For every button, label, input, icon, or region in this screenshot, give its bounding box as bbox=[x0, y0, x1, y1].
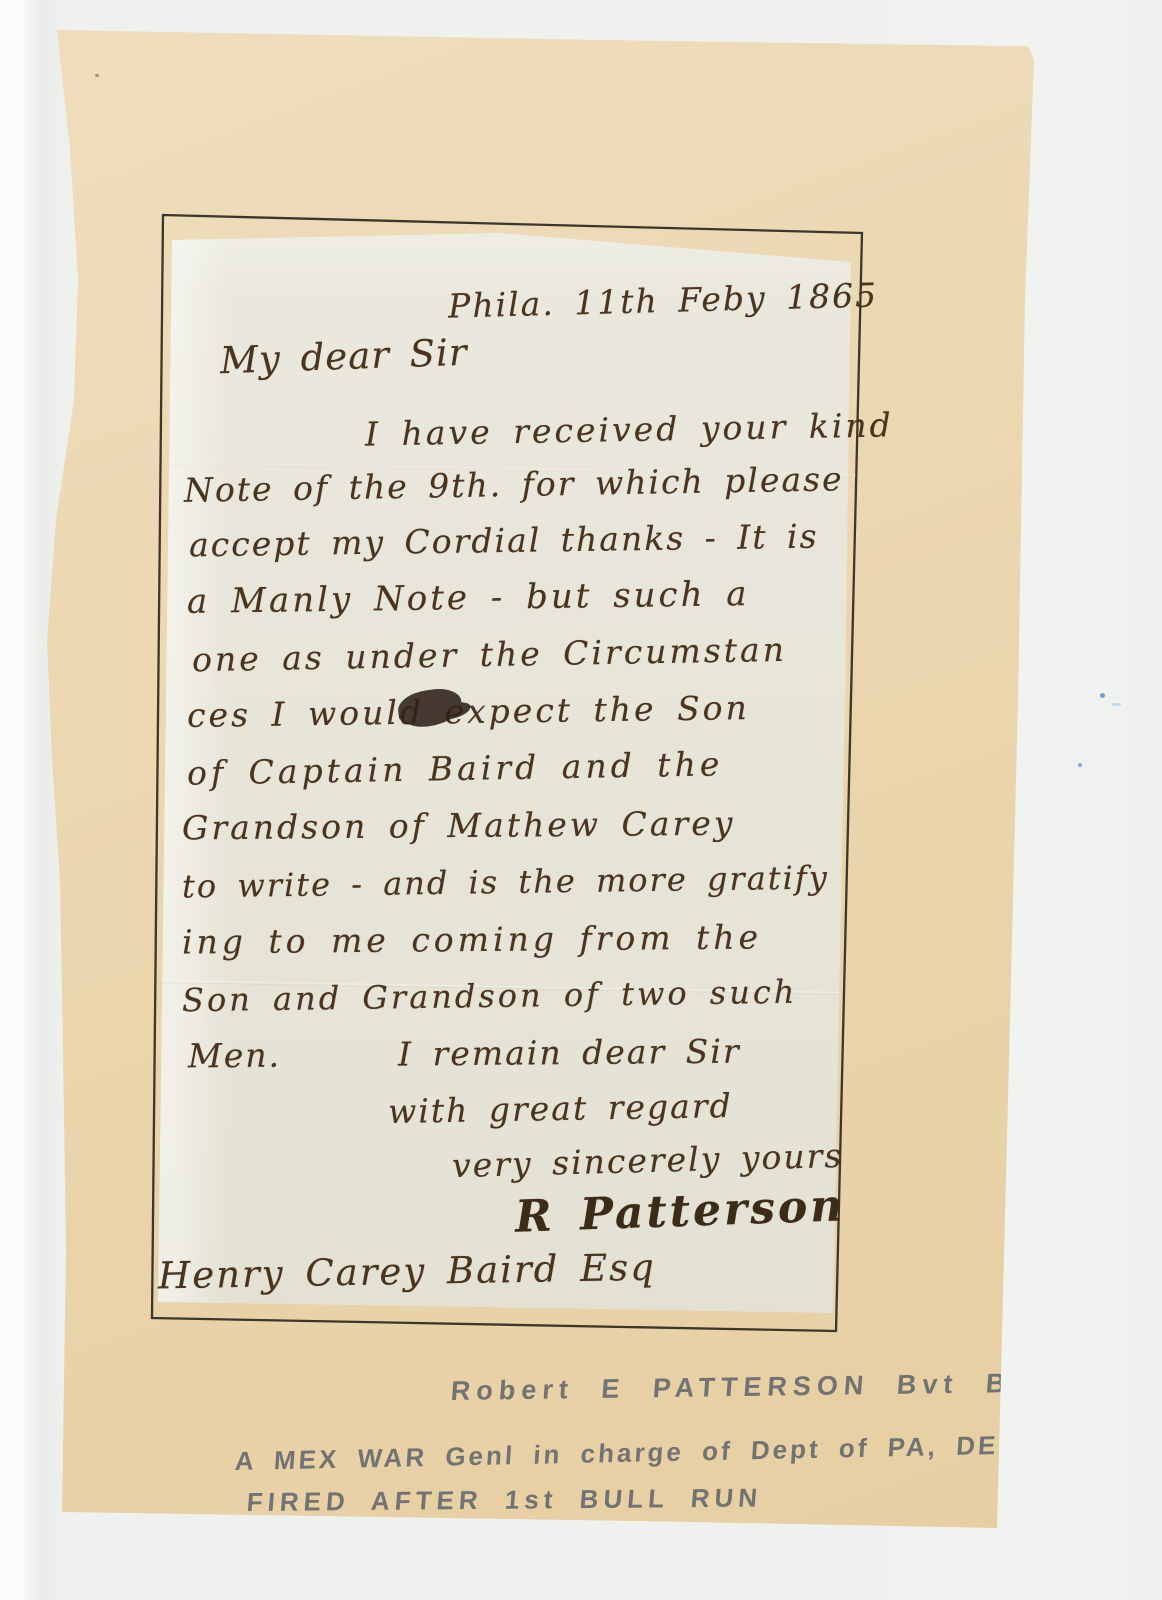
letter-line: ces I would expect the Son bbox=[187, 688, 750, 735]
blue-speck bbox=[1078, 763, 1082, 767]
letter-line: a Manly Note - but such a bbox=[187, 574, 750, 622]
letter-addressee: Henry Carey Baird Esq bbox=[158, 1246, 657, 1298]
pencil-annotation-line: FIRED AFTER 1st BULL RUN bbox=[246, 1483, 764, 1519]
album-page: Phila. 11th Feby 1865 My dear Sir I have… bbox=[0, 0, 1162, 1600]
letter-closing-regard: with great regard bbox=[388, 1086, 733, 1131]
paper-speck bbox=[95, 74, 99, 77]
blue-speck bbox=[1112, 703, 1121, 706]
letter-line: Men. I remain dear Sir bbox=[188, 1032, 741, 1076]
letter-line: Grandson of Mathew Carey bbox=[182, 804, 736, 848]
blue-speck bbox=[1100, 693, 1105, 698]
letter-line: ing to me coming from the bbox=[182, 917, 762, 961]
scanned-letter-photo: Phila. 11th Feby 1865 My dear Sir I have… bbox=[0, 0, 1162, 1600]
letter-salutation: My dear Sir bbox=[219, 331, 468, 383]
